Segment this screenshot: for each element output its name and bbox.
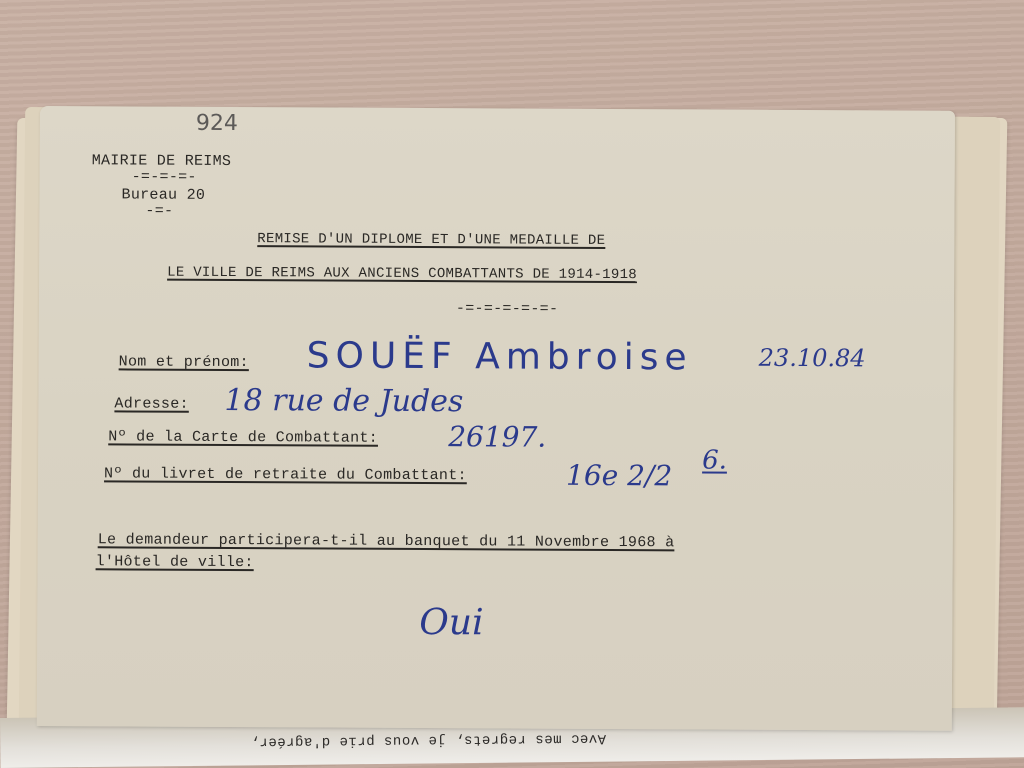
pencil-archive-number: 924 [196, 111, 238, 136]
field-value-card-number: 26197. [448, 420, 546, 454]
header-bureau: Bureau 20 [121, 186, 205, 203]
field-label-address: Adresse: [114, 395, 189, 412]
field-value-address: 18 rue de Judes [224, 383, 463, 419]
field-value-birthdate: 23.10.84 [759, 344, 866, 373]
document-sheet: 924 MAIRIE DE REIMS -=-=-=- Bureau 20 -=… [37, 106, 955, 731]
title-line-2: LE VILLE DE REIMS AUX ANCIENS COMBATTANT… [167, 265, 637, 283]
question-answer: Oui [419, 602, 483, 643]
question-line-2: l'Hôtel de ville: [96, 553, 254, 571]
title-separator: -=-=-=-=-=- [456, 300, 558, 318]
field-label-card-number: Nº de la Carte de Combattant: [108, 428, 378, 446]
field-value-pension-booklet: 16e 2/2 [566, 459, 672, 493]
title-line-1: REMISE D'UN DIPLOME ET D'UNE MEDAILLE DE [257, 231, 605, 249]
field-label-pension-booklet: Nº du livret de retraite du Combattant: [104, 465, 467, 484]
header-separator: -=-=-=- [132, 168, 197, 185]
field-value-name: SOUËF Ambroise [307, 335, 693, 378]
header-separator-small: -=- [145, 203, 173, 220]
question-line-1: Le demandeur participera-t-il au banquet… [98, 531, 675, 551]
field-label-name: Nom et prénom: [119, 353, 249, 371]
field-value-pension-suffix: 6. [702, 445, 727, 475]
header-mairie: MAIRIE DE REIMS [92, 152, 232, 170]
